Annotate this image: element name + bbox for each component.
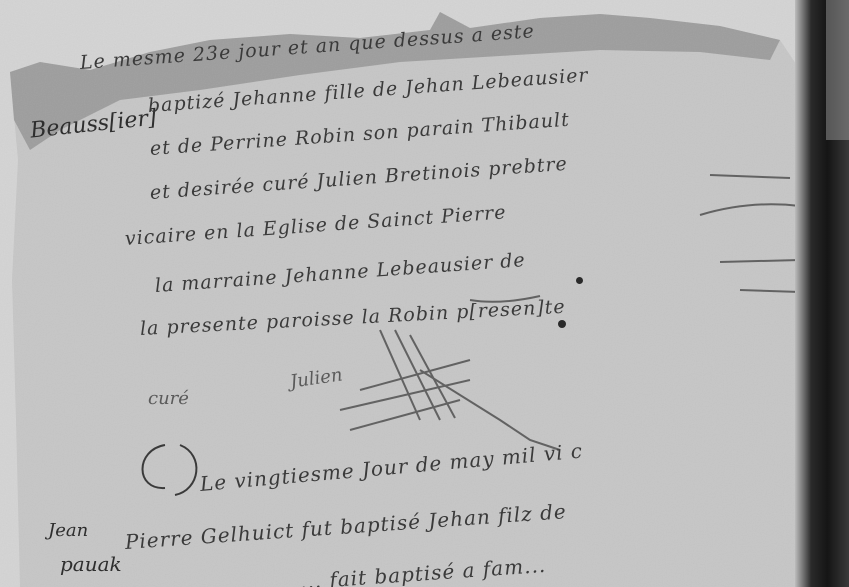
margin-note-entry2-line2: pauak <box>60 552 122 576</box>
signature-cure: curé <box>148 388 189 409</box>
ink-spot <box>558 320 566 328</box>
ink-spot <box>576 277 583 284</box>
margin-note-entry2-line1: Jean <box>48 520 88 541</box>
binding-highlight <box>826 0 849 140</box>
